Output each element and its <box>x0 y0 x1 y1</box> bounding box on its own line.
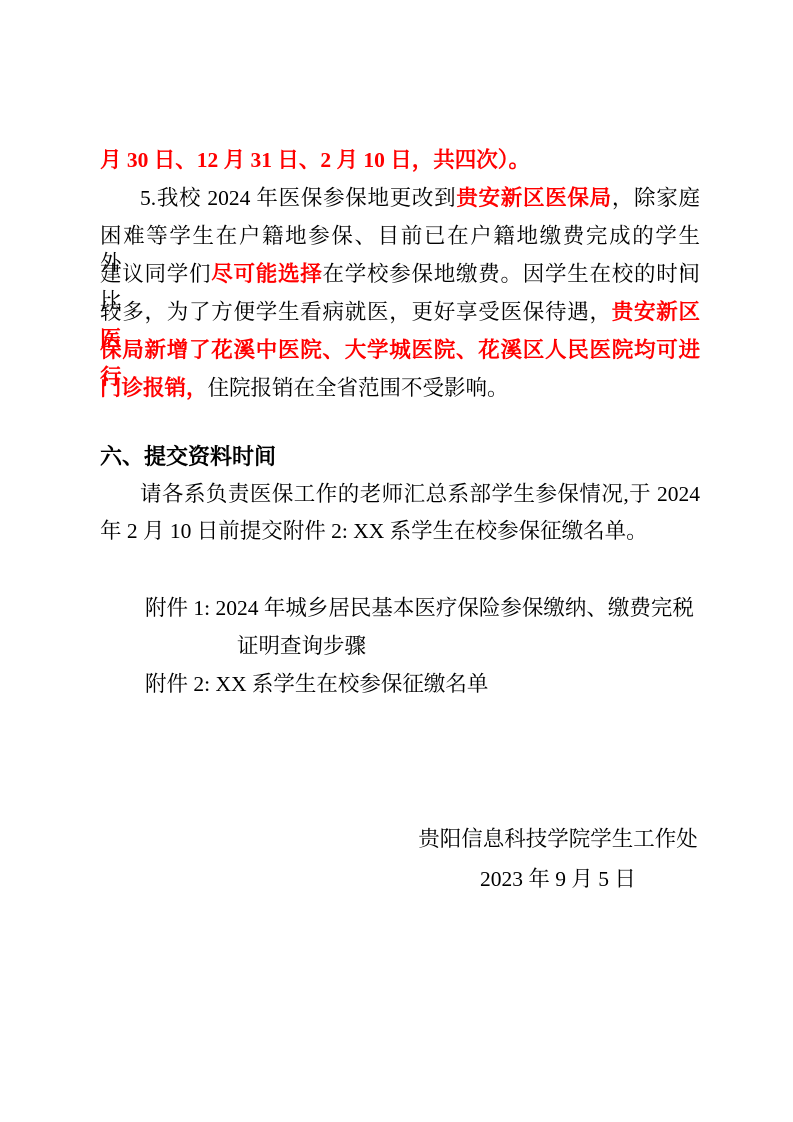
section-heading-6: 六、提交资料时间 <box>100 443 700 470</box>
body-text: 建议同学们 <box>100 262 211 286</box>
signature-department: 贵阳信息科技学院学生工作处 <box>417 826 699 853</box>
document-page: 月 30 日、12 月 31 日、2 月 10 日，共四次）。 5.我校 202… <box>0 0 793 1122</box>
body-text: 请各系负责医保工作的老师汇总系部学生参保情况,于 2024 <box>140 482 700 506</box>
paragraph-dates-line: 月 30 日、12 月 31 日、2 月 10 日，共四次）。 <box>100 147 700 174</box>
attachment-2: 附件 2: XX 系学生在校参保征缴名单 <box>145 671 488 698</box>
highlight-guian-bureau: 贵安新区医保局 <box>456 186 611 210</box>
paragraph-item5-line6: 门诊报销，住院报销在全省范围不受影响。 <box>100 375 700 402</box>
section6-paragraph-line2: 年 2 月 10 日前提交附件 2: XX 系学生在校参保征缴名单。 <box>100 518 700 545</box>
body-text: 较多，为了方便学生看病就医，更好享受医保待遇， <box>100 300 612 324</box>
highlight-payment-dates: 月 30 日、12 月 31 日、2 月 10 日，共四次）。 <box>100 148 530 172</box>
signature-date: 2023 年 9 月 5 日 <box>417 866 699 893</box>
body-text: 住院报销在全省范围不受影响。 <box>208 376 509 400</box>
paragraph-item5-line1: 5.我校 2024 年医保参保地更改到贵安新区医保局，除家庭 <box>100 185 700 212</box>
highlight-outpatient: 门诊报销， <box>100 376 208 400</box>
body-text: 5.我校 2024 年医保参保地更改到 <box>140 186 456 210</box>
highlight-prefer-choice: 尽可能选择 <box>211 262 322 286</box>
attachment-1-line2: 证明查询步骤 <box>237 633 366 660</box>
section6-paragraph-line1: 请各系负责医保工作的老师汇总系部学生参保情况,于 2024 <box>100 481 700 508</box>
body-text: ，除家庭 <box>612 186 700 210</box>
attachment-1-line1: 附件 1: 2024 年城乡居民基本医疗保险参保缴纳、缴费完税 <box>145 595 694 622</box>
